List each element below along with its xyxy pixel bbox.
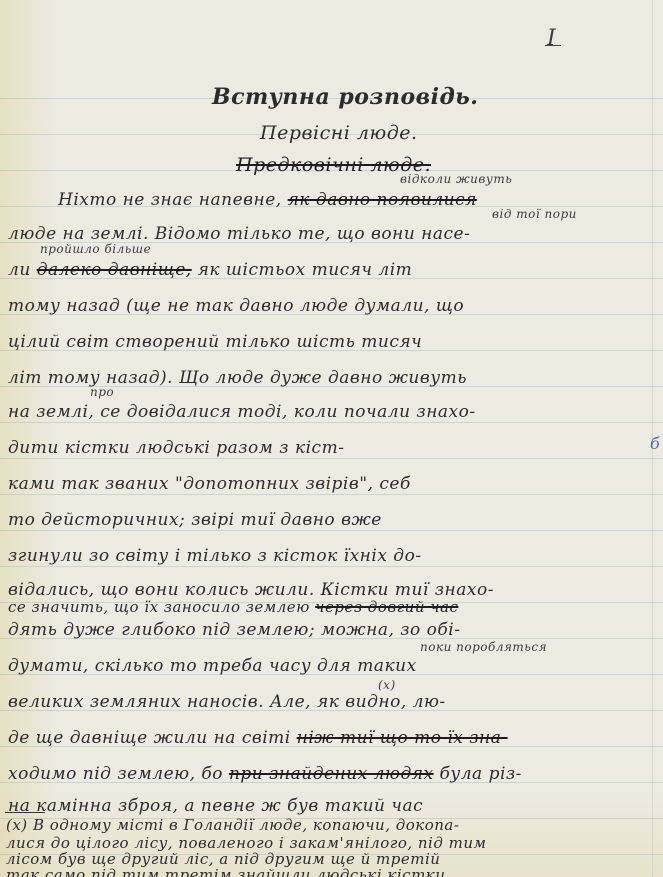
text-line: дити кістки людські разом з кіст- xyxy=(8,438,344,458)
text-line: де ще давніще жили на світі ніж тиї що т… xyxy=(8,728,508,748)
text-line: на камінна зброя, а певне ж був такий ча… xyxy=(8,796,423,816)
text-line: великих земляних наносів. Але, як видно,… xyxy=(8,692,446,712)
text-line: цілий світ створений тілько шість тисяч xyxy=(8,332,422,352)
text-line: ходимо під землею, бо при знайдених людя… xyxy=(8,764,522,784)
text-line: літ тому назад). Що люде дуже давно живу… xyxy=(8,368,467,388)
page-number: I xyxy=(547,26,556,51)
footnote-line: так само під тим третім знайшли людські … xyxy=(6,866,445,877)
page-subtitle: Первісні люде. xyxy=(260,122,418,144)
text-line: ками так званих "допотопних звірів", себ xyxy=(8,474,411,494)
text-line: дять дуже глибоко під землею; можна, зо … xyxy=(8,620,460,640)
text-line: згинули зо світу і тілько з кісток їхніх… xyxy=(8,546,422,566)
footnote-rule xyxy=(5,812,45,813)
text-line: на землі, се довідалися тоді, коли почал… xyxy=(8,402,476,422)
text-line: люде на землі. Відомо тілько те, що вони… xyxy=(8,224,470,244)
text-line: відались, що вони колись жили. Кістки ти… xyxy=(8,580,494,600)
insertion: пройшло більше xyxy=(40,242,151,256)
text-line: се значить, що їх заносило землею через … xyxy=(8,598,458,616)
insertion: поки поробляться xyxy=(420,640,547,654)
text-line: то дейсторичних; звірі тиї давно вже xyxy=(8,510,382,530)
text-line: ли далеко давніще, як шістьох тисяч літ xyxy=(8,260,412,280)
insertion-marker: (x) xyxy=(378,678,396,692)
text-line: думати, скілько то треба часу для таких xyxy=(8,656,417,676)
page-title: Вступна розповідь. xyxy=(212,84,478,110)
footnote-line: (x) В одному місті в Голандії люде, копа… xyxy=(6,816,459,834)
page-number-underline xyxy=(545,45,561,46)
manuscript-page: I Вступна розповідь. Первісні люде. Пред… xyxy=(0,0,663,877)
text-line: Ніхто не знає напевне, як давно появилис… xyxy=(58,190,477,210)
text-line: тому назад (ще не так давно люде думали,… xyxy=(8,296,464,316)
insertion: від тої пори xyxy=(492,207,577,221)
margin-mark: б xyxy=(650,434,660,453)
insertion: відколи живуть xyxy=(400,172,512,186)
insertion: про xyxy=(90,385,114,399)
